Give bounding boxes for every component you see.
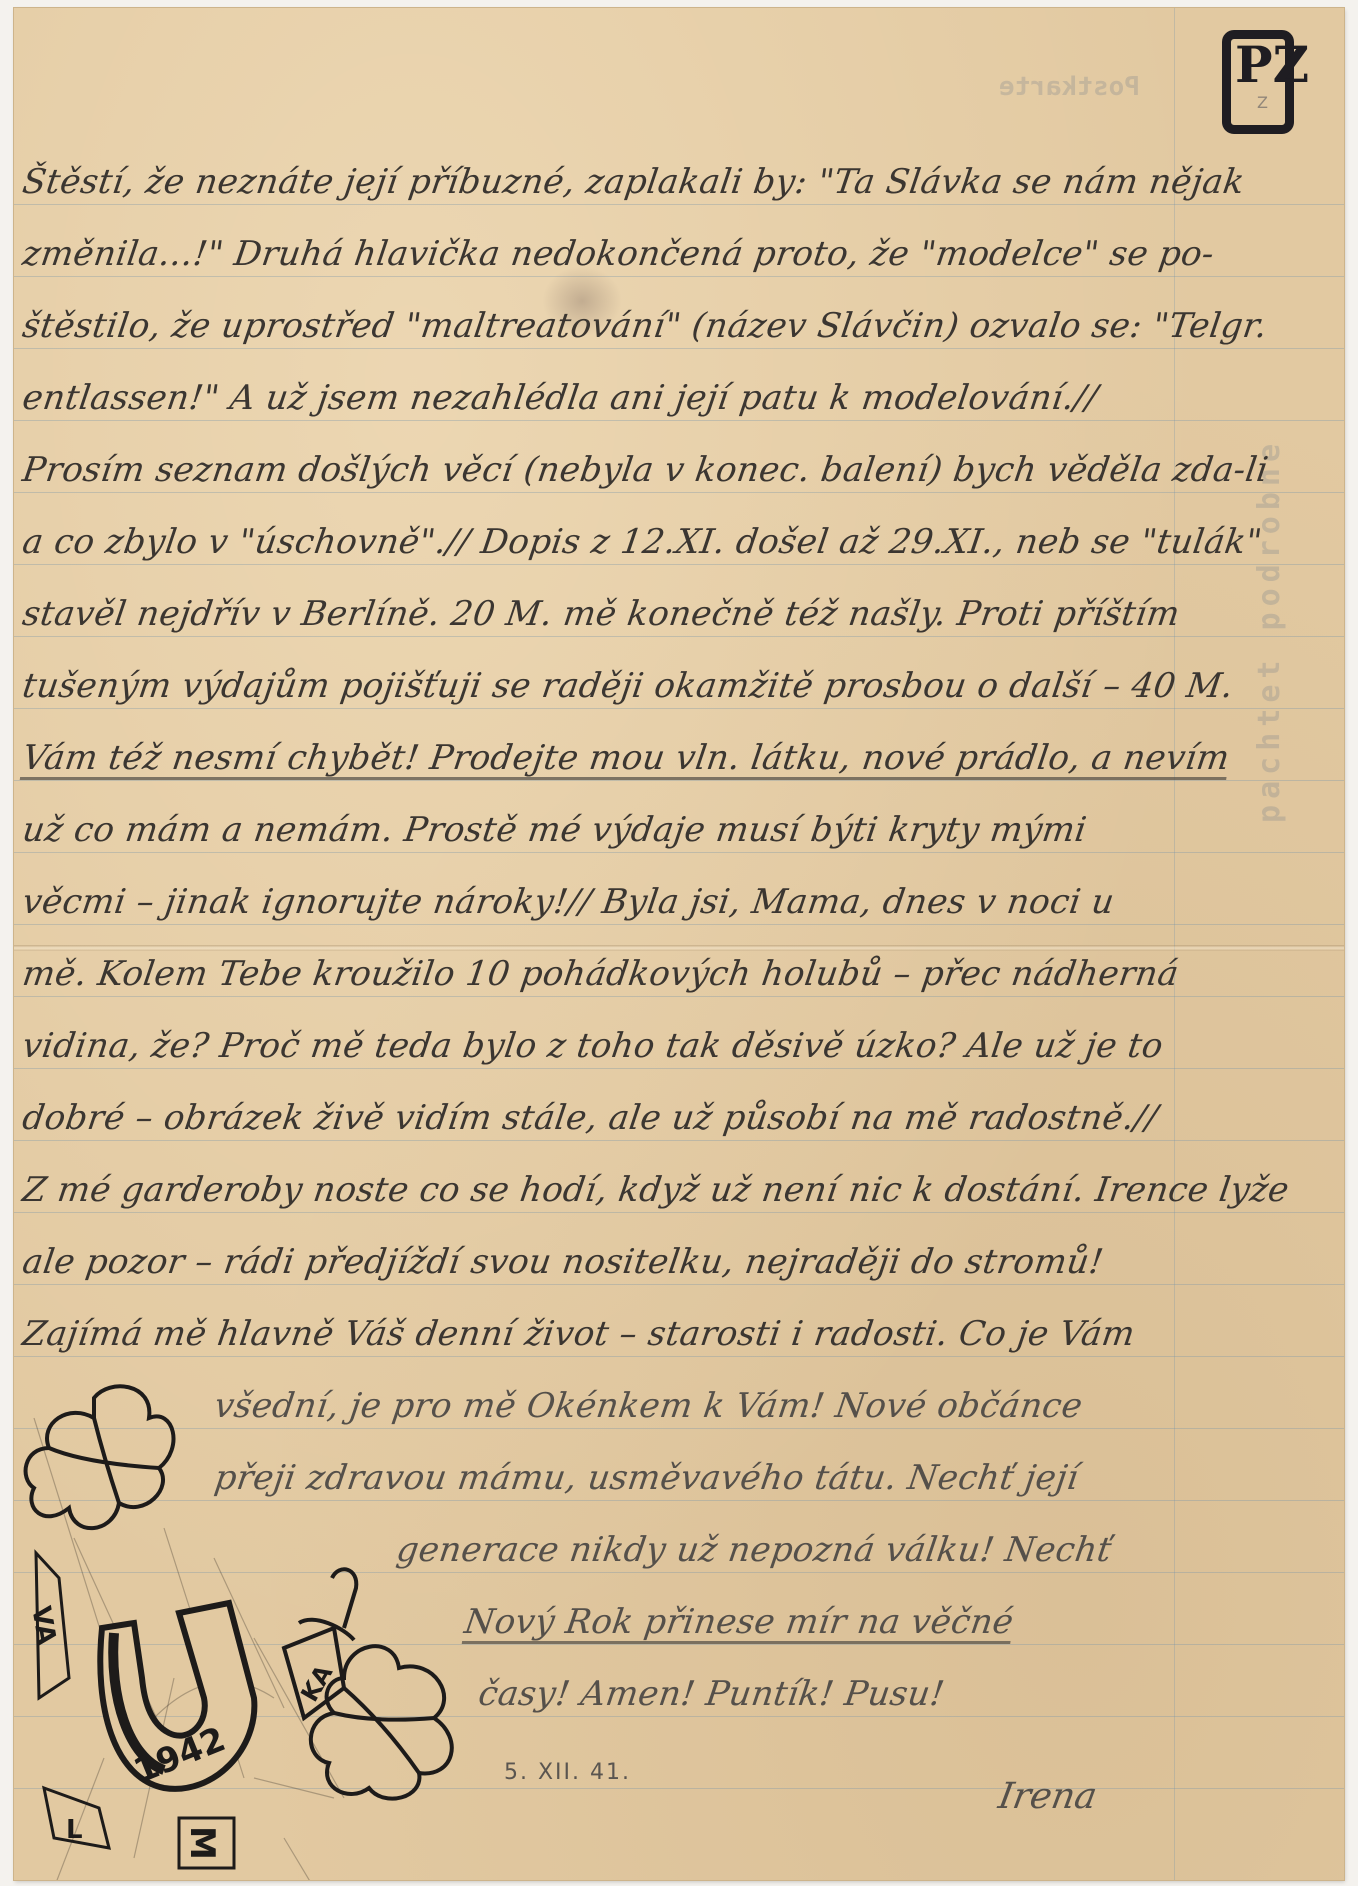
ruled-line [14, 1284, 1344, 1285]
letter-line: Z mé garderoby noste co se hodí, když už… [20, 1170, 1292, 1210]
ruled-line [14, 780, 1344, 781]
letter-line: štěstilo, že uprostřed "maltreatování" (… [20, 306, 1270, 346]
letter-line: stavěl nejdřív v Berlíně. 20 M. mě koneč… [20, 594, 1182, 634]
ruled-line [14, 492, 1344, 493]
stamp-sub-mark: Z [1257, 93, 1268, 112]
letter-line: věcmi – jinak ignorujte nároky!// Byla j… [20, 882, 1117, 922]
ruled-line [14, 1068, 1344, 1069]
ruled-line [14, 204, 1344, 205]
letter-line: dobré – obrázek živě vidím stále, ale už… [20, 1098, 1160, 1138]
letter-line: Štěstí, že neznáte její příbuzné, zaplak… [20, 162, 1247, 202]
letter-line: tušeným výdajům pojišťuji se raději okam… [20, 666, 1236, 706]
label-l: L [66, 1815, 83, 1845]
letter-date: 5. XII. 41. [504, 1760, 631, 1785]
letter-line: Prosím seznam došlých věcí (nebyla v kon… [20, 450, 1271, 490]
letter-line: entlassen!" A už jsem nezahlédla ani jej… [20, 378, 1100, 418]
letter-line: vidina, že? Proč mě teda bylo z toho tak… [20, 1026, 1166, 1066]
horseshoe-clover-drawing: VA 1942 KA L M [14, 1378, 494, 1880]
ruled-line [14, 1212, 1344, 1213]
letter-line: a co zbylo v "úschovně".// Dopis z 12.XI… [20, 522, 1265, 562]
clover-top-icon [26, 1386, 174, 1528]
letter-line: mě. Kolem Tebe kroužilo 10 pohádkových h… [20, 954, 1181, 994]
fold-crease [14, 945, 1344, 951]
letter-line: změnila…!" Druhá hlavička nedokončená pr… [20, 234, 1217, 274]
label-va: VA [25, 1604, 61, 1647]
show-through-vertical-print: pachtet podrobne [1252, 438, 1287, 823]
censor-stamp: PZ Z [1222, 30, 1294, 134]
ruled-line [14, 924, 1344, 925]
label-m: M [182, 1826, 222, 1860]
letter-line: Nový Rok přinese mír na věčné [462, 1602, 1016, 1642]
letter-line: Vám též nesmí chybět! Prodejte mou vln. … [20, 738, 1232, 778]
ruled-line [14, 1356, 1344, 1357]
ruled-line [14, 1140, 1344, 1141]
ruled-line [14, 564, 1344, 565]
ruled-line [14, 420, 1344, 421]
ruled-line [14, 852, 1344, 853]
letter-line: generace nikdy už nepozná válku! Nechť [394, 1530, 1114, 1570]
letter-line: už co mám a nemám. Prostě mé výdaje musí… [20, 810, 1089, 850]
signature: Irena [995, 1776, 1100, 1817]
letter-line: časy! Amen! Puntík! Pusu! [476, 1674, 947, 1714]
letter-line: Zajímá mě hlavně Váš denní život – staro… [20, 1314, 1137, 1354]
ruled-line [14, 708, 1344, 709]
letter-sheet: Postkarte pachtet podrobne PZ Z Štěstí, … [14, 8, 1344, 1880]
ruled-line [14, 636, 1344, 637]
ruled-line [14, 348, 1344, 349]
show-through-print: Postkarte [999, 70, 1140, 104]
ruled-line [14, 996, 1344, 997]
stamp-glyph: PZ [1235, 35, 1309, 95]
ruled-line [14, 276, 1344, 277]
letter-line: ale pozor – rádi předjíždí svou nositelk… [20, 1242, 1106, 1282]
margin-line [1174, 8, 1175, 1880]
